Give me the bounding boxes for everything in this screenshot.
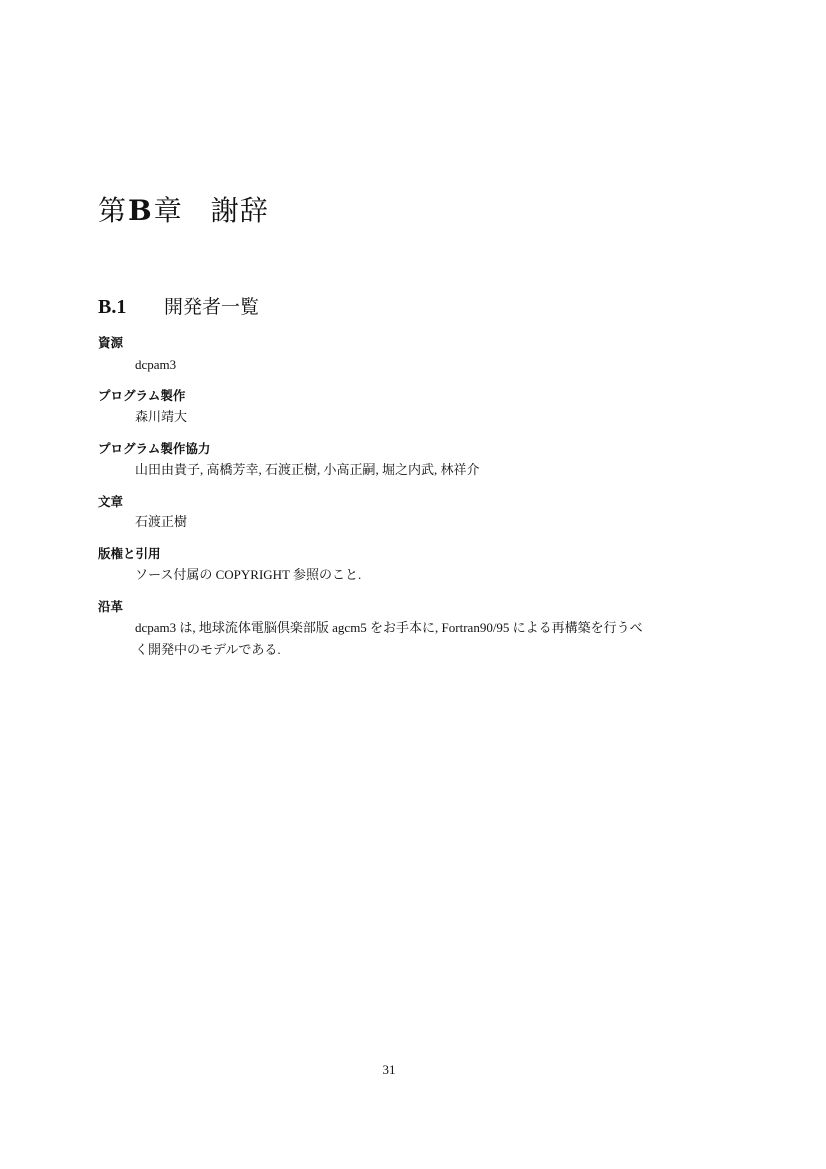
term-history: 沿革: [98, 598, 123, 616]
term-program-author: プログラム製作: [98, 387, 185, 405]
chapter-suffix: 章: [154, 194, 183, 227]
chapter-title: 第B章謝辞: [98, 193, 269, 229]
section-number: B.1: [98, 294, 164, 320]
desc-copyright: ソース付属の COPYRIGHT 参照のこと.: [135, 564, 361, 586]
chapter-letter: B: [128, 194, 153, 227]
desc-program-author: 森川靖大: [135, 406, 187, 428]
desc-program-contributors: 山田由貴子, 高橋芳幸, 石渡正樹, 小高正嗣, 堀之内武, 林祥介: [135, 459, 480, 481]
desc-resource: dcpam3: [135, 354, 176, 376]
desc-history-line1: dcpam3 は, 地球流体電脳倶楽部版 agcm5 をお手本に, Fortra…: [135, 617, 643, 639]
term-resource: 資源: [98, 334, 123, 352]
desc-documentation: 石渡正樹: [135, 511, 187, 533]
document-page: 第B章謝辞 B.1開発者一覧 資源 dcpam3 プログラム製作 森川靖大 プロ…: [0, 0, 826, 1169]
desc-history-line2: く開発中のモデルである.: [135, 639, 281, 661]
chapter-prefix: 第: [98, 194, 127, 227]
chapter-name: 謝辞: [211, 194, 269, 227]
section-title: B.1開発者一覧: [98, 294, 259, 320]
term-copyright: 版権と引用: [98, 545, 161, 563]
term-program-contributors: プログラム製作協力: [98, 440, 210, 458]
term-documentation: 文章: [98, 493, 123, 511]
page-number: 31: [0, 1062, 778, 1078]
section-name: 開発者一覧: [164, 296, 259, 318]
